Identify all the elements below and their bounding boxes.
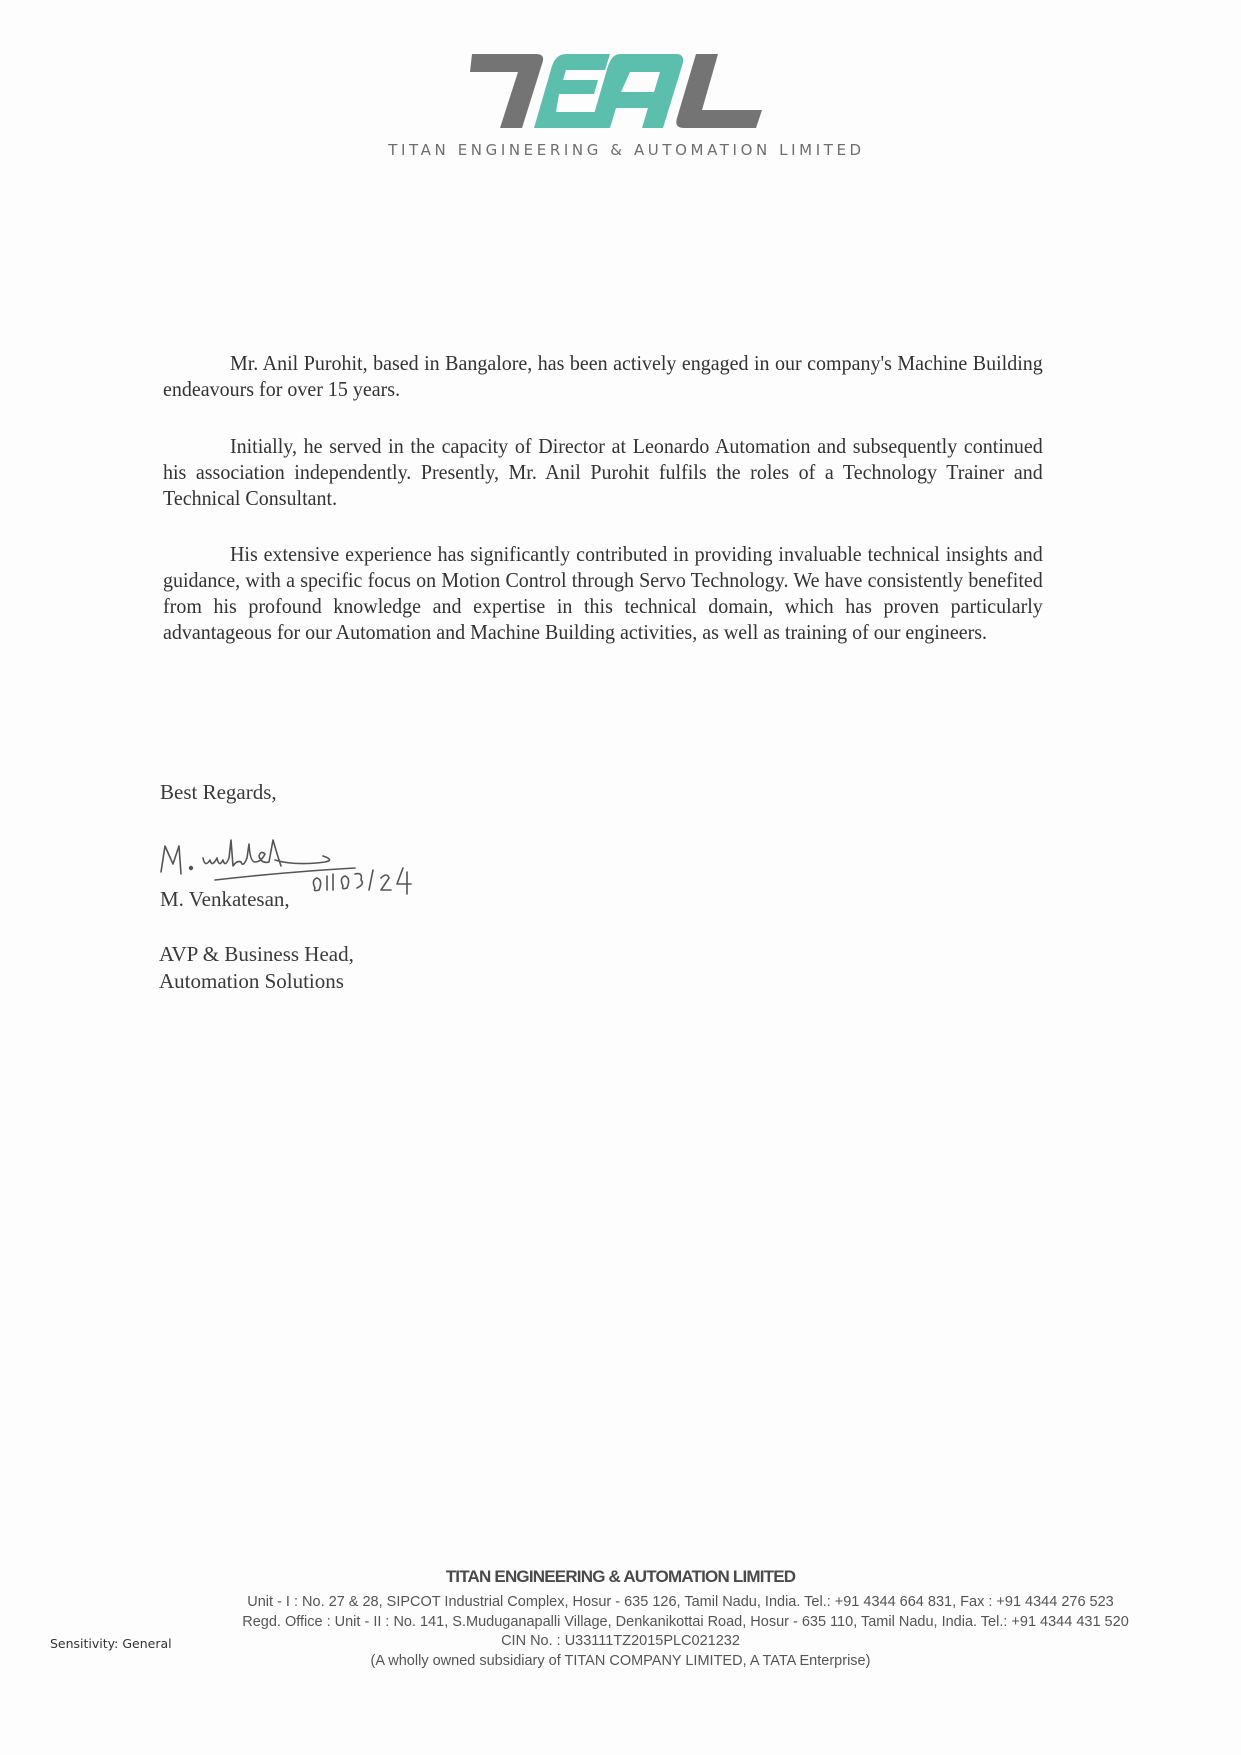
paragraph-text: His extensive experience has significant… bbox=[163, 541, 1043, 645]
paragraph-text: Initially, he served in the capacity of … bbox=[163, 433, 1043, 511]
teal-logo-icon bbox=[470, 52, 770, 132]
signatory-title-line-1: AVP & Business Head, bbox=[159, 941, 354, 968]
letter-paragraph-1: Mr. Anil Purohit, based in Bangalore, ha… bbox=[163, 350, 1043, 402]
paragraph-text: Mr. Anil Purohit, based in Bangalore, ha… bbox=[163, 350, 1043, 402]
signatory-title-line-2: Automation Solutions bbox=[159, 968, 354, 995]
letter-paragraph-3: His extensive experience has significant… bbox=[163, 541, 1043, 645]
closing-salutation: Best Regards, bbox=[160, 780, 277, 805]
signatory-title: AVP & Business Head, Automation Solution… bbox=[159, 941, 354, 995]
sensitivity-label: Sensitivity: General bbox=[50, 1636, 172, 1651]
footer-company-name: TITAN ENGINEERING & AUTOMATION LIMITED bbox=[0, 1567, 1241, 1587]
footer-subsidiary-note: (A wholly owned subsidiary of TITAN COMP… bbox=[0, 1652, 1241, 1672]
company-tagline: TITAN ENGINEERING & AUTOMATION LIMITED bbox=[0, 141, 1241, 159]
footer-cin-number: CIN No. : U33111TZ2015PLC021232 bbox=[0, 1632, 1241, 1652]
letter-paragraph-2: Initially, he served in the capacity of … bbox=[163, 433, 1043, 511]
company-logo bbox=[470, 52, 770, 132]
signatory-name: M. Venkatesan, bbox=[160, 887, 290, 912]
footer-address-block: Unit - I : No. 27 & 28, SIPCOT Industria… bbox=[0, 1593, 1241, 1671]
footer-regd-office-address: Regd. Office : Unit - II : No. 141, S.Mu… bbox=[0, 1613, 1241, 1633]
footer-unit-1-address: Unit - I : No. 27 & 28, SIPCOT Industria… bbox=[0, 1593, 1241, 1613]
